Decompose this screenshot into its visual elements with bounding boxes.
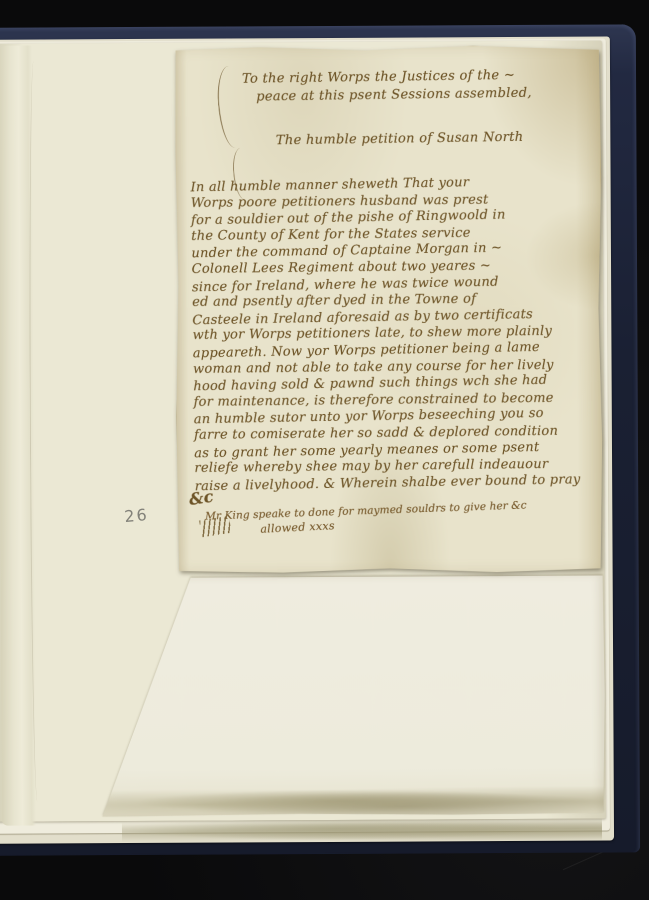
- manuscript-photo: 26 To the right Worps the Justices of th…: [0, 0, 649, 900]
- open-book: 26 To the right Worps the Justices of th…: [0, 0, 649, 900]
- lower-paper-wrap: [97, 575, 606, 818]
- petition-heading-line-1: To the right Worps the Justices of the ~: [242, 68, 515, 87]
- petition-content: To the right Worps the Justices of the ~…: [172, 43, 606, 577]
- petition-heading-line-2: peace at this psent Sessions assembled,: [256, 86, 532, 105]
- petition-leaf: To the right Worps the Justices of the ~…: [174, 45, 604, 575]
- petition-closing-mark: &c: [188, 487, 215, 510]
- stain: [122, 819, 602, 844]
- petition-subheading: The humble petition of Susan North: [276, 130, 524, 148]
- lower-paper-leaf: [97, 575, 606, 818]
- stain: [98, 785, 606, 818]
- clerk-annotation-line-1: Mr King speake to done for maymed souldr…: [205, 499, 527, 522]
- clerk-annotation-line-2: allowed xxxs: [260, 519, 335, 536]
- petition-body: In all humble manner sheweth That your W…: [190, 174, 590, 495]
- folio-number-pencil: 26: [124, 505, 150, 526]
- petition-leaf-wrap: To the right Worps the Justices of the ~…: [174, 45, 604, 575]
